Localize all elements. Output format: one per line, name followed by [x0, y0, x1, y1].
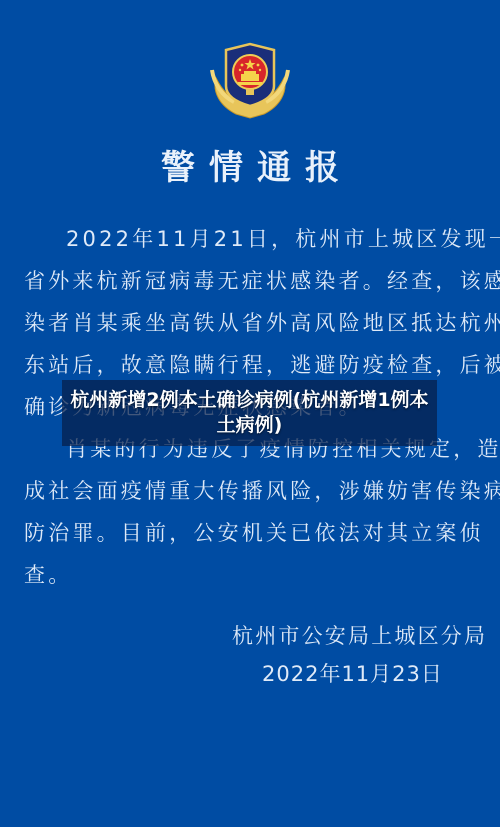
body-line: 染者肖某乘坐高铁从省外高风险地区抵达杭州	[24, 302, 476, 344]
body-line: 查。	[24, 554, 476, 596]
body-line: 防治罪。目前，公安机关已依法对其立案侦	[24, 512, 476, 554]
issuing-authority: 杭州市公安局上城区分局	[232, 620, 487, 650]
police-emblem-icon	[208, 40, 292, 120]
caption-overlay: 杭州新增2例本土确诊病例(杭州新增1例本土病例)	[62, 380, 437, 446]
body-line: 成社会面疫情重大传播风险，涉嫌妨害传染病	[24, 470, 476, 512]
issue-date: 2022年11月23日	[262, 658, 443, 688]
notice-title: 警情通报	[0, 140, 500, 189]
body-line: 2022年11月21日，杭州市上城区发现一例	[24, 218, 476, 260]
police-notice-document: 警情通报 2022年11月21日，杭州市上城区发现一例 省外来杭新冠病毒无症状感…	[0, 0, 500, 827]
caption-text: 杭州新增2例本土确诊病例(杭州新增1例本土病例)	[70, 388, 430, 438]
body-line: 省外来杭新冠病毒无症状感染者。经查，该感	[24, 260, 476, 302]
